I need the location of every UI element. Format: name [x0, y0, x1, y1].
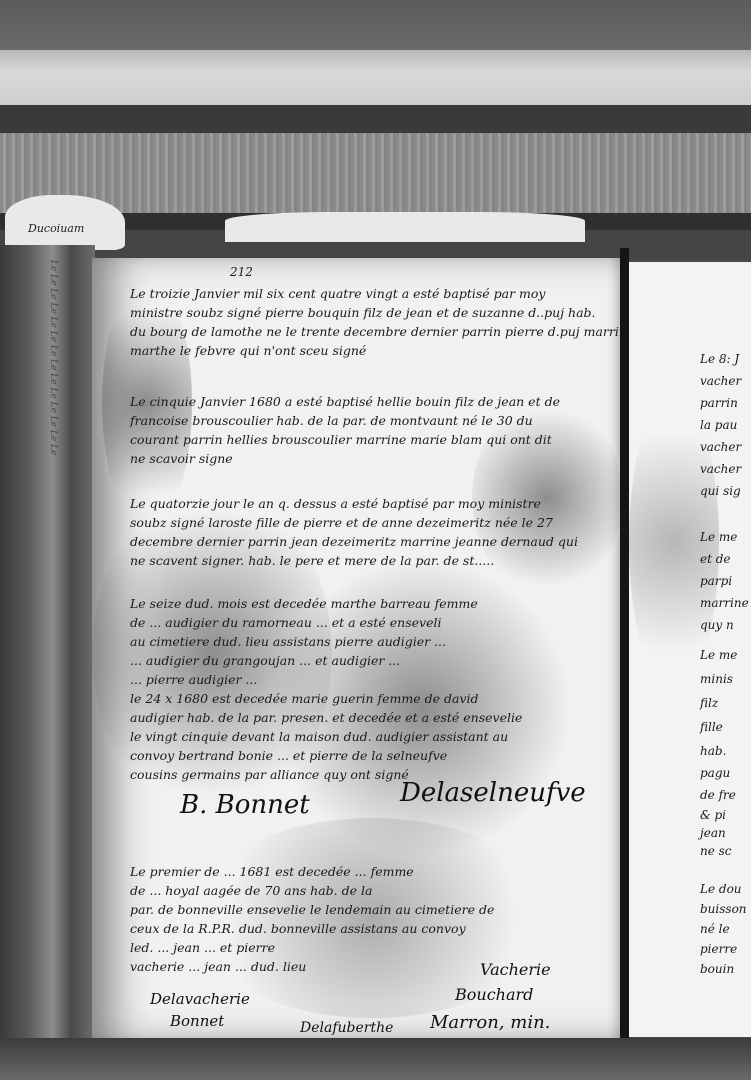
entry-line: courant parrin hellies brouscoulier marr…	[130, 430, 620, 449]
entry-line: le vingt cinquie devant la maison dud. a…	[130, 727, 620, 746]
right-page-line: Le dou	[700, 882, 742, 896]
right-page-line: Le me	[700, 530, 737, 544]
page-number: 212	[230, 265, 253, 279]
right-page-line: fille	[700, 720, 723, 734]
register-entry-1: Le troizie Janvier mil six cent quatre v…	[130, 284, 620, 360]
right-page-line: marrine	[700, 596, 749, 610]
entry-line: led. ... jean ... et pierre	[130, 938, 620, 957]
register-entry-5: Le premier de ... 1681 est decedée ... f…	[130, 862, 620, 976]
entry-line: ne scavent signer. hab. le pere et mere …	[130, 551, 620, 570]
right-page-line: Le me	[700, 648, 737, 662]
right-page-line: qui sig	[700, 484, 741, 498]
right-page-line: bouin	[700, 962, 734, 976]
entry-line: soubz signé laroste fille de pierre et d…	[130, 513, 620, 532]
signature: B. Bonnet	[180, 790, 310, 820]
entry-line: Le premier de ... 1681 est decedée ... f…	[130, 862, 620, 881]
right-page-line: quy n	[700, 618, 734, 632]
signature: Delafuberthe	[300, 1020, 393, 1036]
entry-line: ... audigier du grangoujan ... et audigi…	[130, 651, 620, 670]
right-page-line: & pi	[700, 808, 726, 822]
signature: Vacherie	[480, 960, 551, 979]
right-page-line: vacher	[700, 374, 741, 388]
register-entry-2: Le cinquie Janvier 1680 a esté baptisé h…	[130, 392, 620, 468]
right-page-line: vacher	[700, 440, 741, 454]
signature: Delavacherie	[150, 990, 250, 1008]
signature: Delaselneufve	[400, 778, 586, 808]
entry-line: le 24 x 1680 est decedée marie guerin fe…	[130, 689, 620, 708]
entry-line: de ... audigier du ramorneau ... et a es…	[130, 613, 620, 632]
entry-line: Le seize dud. mois est decedée marthe ba…	[130, 594, 620, 613]
entry-line: par. de bonneville ensevelie le lendemai…	[130, 900, 620, 919]
right-page-line: la pau	[700, 418, 737, 432]
entry-line: audigier hab. de la par. presen. et dece…	[130, 708, 620, 727]
entry-line: Le quatorzie jour le an q. dessus a esté…	[130, 494, 620, 513]
entry-line: ceux de la R.P.R. dud. bonneville assist…	[130, 919, 620, 938]
signature: Bouchard	[455, 985, 533, 1004]
right-page-line: pagu	[700, 766, 730, 780]
right-page-line: parrin	[700, 396, 738, 410]
background-bottom	[0, 1038, 751, 1080]
background-dark-band	[0, 105, 751, 133]
signature: Bonnet	[170, 1012, 224, 1030]
signature: Marron, min.	[430, 1012, 550, 1033]
entry-line: Le cinquie Janvier 1680 a esté baptisé h…	[130, 392, 620, 411]
entry-line: du bourg de lamothe ne le trente decembr…	[130, 322, 620, 341]
entry-line: convoy bertrand bonie ... et pierre de l…	[130, 746, 620, 765]
right-page-line: vacher	[700, 462, 741, 476]
entry-line: ... pierre audigier ...	[130, 670, 620, 689]
spine-text: Le Le Le Le Le Le Le Le Le Le Le Le Le L…	[30, 260, 60, 1020]
entry-line: au cimetiere dud. lieu assistans pierre …	[130, 632, 620, 651]
right-page-line: hab.	[700, 744, 726, 758]
right-page-line: jean	[700, 826, 726, 840]
right-page-line: minis	[700, 672, 733, 686]
entry-line: ministre soubz signé pierre bouquin filz…	[130, 303, 620, 322]
torn-paper-fragment	[225, 212, 585, 242]
entry-line: ne scavoir signe	[130, 449, 620, 468]
right-page-line: né le	[700, 922, 730, 936]
torn-fragment-label: Ducoiuam	[28, 222, 84, 235]
background-light-band	[0, 50, 751, 105]
right-page-line: pierre	[700, 942, 737, 956]
right-page-line: Le 8: J	[700, 352, 739, 366]
entry-line: marthe le febvre qui n'ont sceu signé	[130, 341, 620, 360]
register-entry-3: Le quatorzie jour le an q. dessus a esté…	[130, 494, 620, 570]
entry-line: decembre dernier parrin jean dezeimeritz…	[130, 532, 620, 551]
right-page-line: parpi	[700, 574, 732, 588]
page-gutter	[620, 248, 629, 1043]
book-edge-texture	[0, 133, 751, 213]
right-page-line: buisson	[700, 902, 747, 916]
background-top-dark	[0, 0, 751, 50]
right-page-line: filz	[700, 696, 718, 710]
register-entry-4: Le seize dud. mois est decedée marthe ba…	[130, 594, 620, 784]
entry-line: francoise brouscoulier hab. de la par. d…	[130, 411, 620, 430]
entry-line: de ... hoyal aagée de 70 ans hab. de la	[130, 881, 620, 900]
right-page-line: ne sc	[700, 844, 732, 858]
right-page-line: et de	[700, 552, 731, 566]
right-page-line: de fre	[700, 788, 736, 802]
entry-line: Le troizie Janvier mil six cent quatre v…	[130, 284, 620, 303]
